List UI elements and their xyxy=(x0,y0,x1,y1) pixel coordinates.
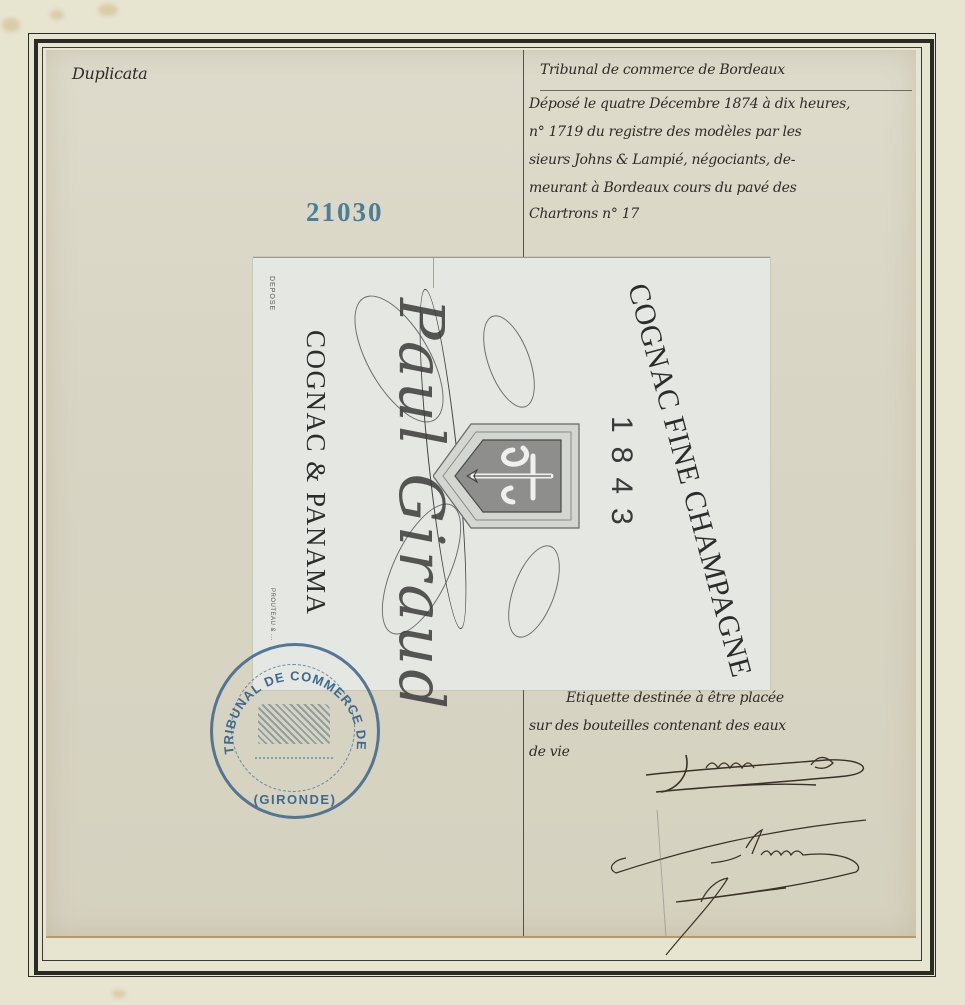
script-flourish xyxy=(498,539,571,645)
stain xyxy=(98,4,118,16)
stain xyxy=(2,18,20,32)
label-printer-mark: PROUTEAU & ... xyxy=(269,588,275,641)
script-flourish xyxy=(473,309,546,415)
svg-text:TRIBUNAL DE COMMERCE DE BORDEA: TRIBUNAL DE COMMERCE DE BORDEAUX xyxy=(213,646,369,757)
seal-text-ring: TRIBUNAL DE COMMERCE DE BORDEAUX (GIROND… xyxy=(213,646,377,816)
monogram-shield-icon xyxy=(433,418,583,533)
label-depose-mark: DEPOSE xyxy=(268,276,275,311)
svg-text:(GIRONDE): (GIRONDE) xyxy=(254,792,337,807)
deposit-line: Chartrons n° 17 xyxy=(529,206,639,222)
deposit-line: sieurs Johns & Lampié, négociants, de- xyxy=(529,152,795,168)
stain xyxy=(50,10,64,20)
registration-number: 21030 xyxy=(306,197,384,228)
header-underline xyxy=(540,90,912,91)
label-tear xyxy=(433,258,434,288)
stain xyxy=(112,990,126,998)
duplicata-note: Duplicata xyxy=(72,64,147,83)
label-origin: COGNAC & PANAMA xyxy=(300,330,331,616)
court-seal: TRIBUNAL DE COMMERCE DE BORDEAUX (GIROND… xyxy=(210,643,380,819)
court-header: Tribunal de commerce de Bordeaux xyxy=(540,62,785,78)
deposit-line: meurant à Bordeaux cours du pavé des xyxy=(529,180,797,196)
deposit-line: Déposé le quatre Décembre 1874 à dix heu… xyxy=(529,96,850,112)
description-line: Etiquette destinée à être placée xyxy=(566,690,784,706)
deposit-line: n° 1719 du registre des modèles par les xyxy=(529,124,802,140)
cognac-label: DEPOSE PROUTEAU & ... COGNAC & PANAMA CO… xyxy=(253,257,770,690)
signature-johns xyxy=(566,730,896,960)
label-year: 1843 xyxy=(604,416,638,539)
label-title: COGNAC FINE CHAMPAGNE xyxy=(620,280,758,681)
description-line: de vie xyxy=(529,744,570,760)
